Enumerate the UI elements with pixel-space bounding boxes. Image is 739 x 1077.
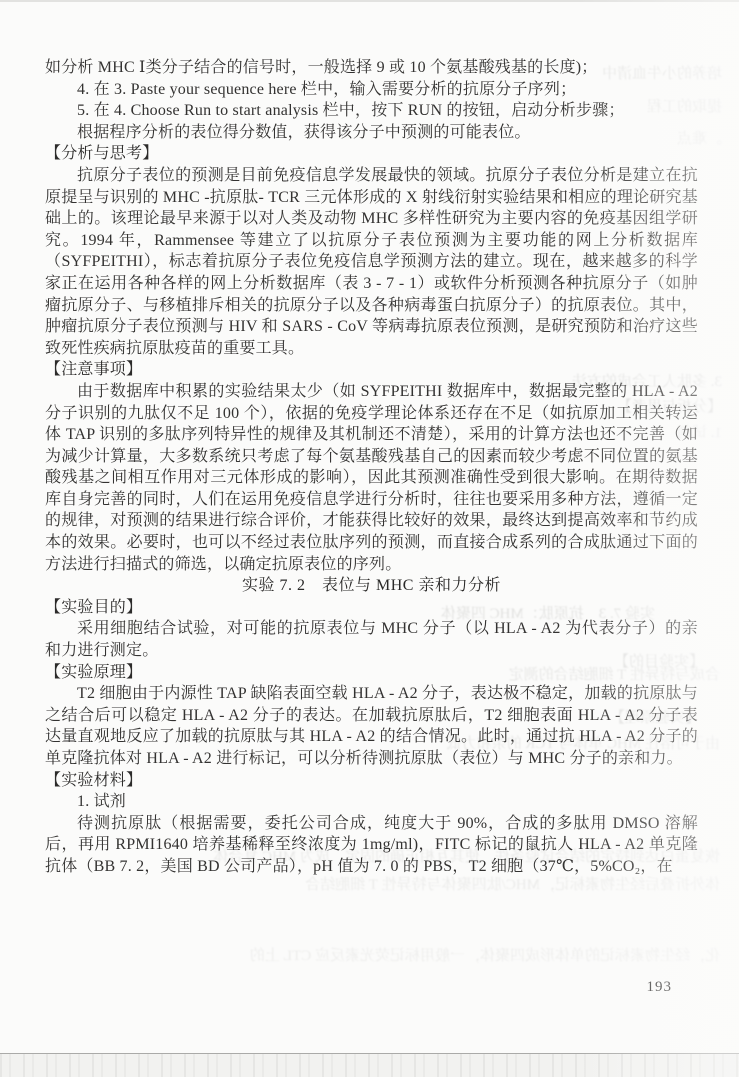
section-header-principle: 【实验原理】	[45, 662, 698, 684]
section-header-analysis: 【分析与思考】	[45, 143, 698, 165]
paragraph-purpose: 采用细胞结合试验，对可能的抗原表位与 MHC 分子（以 HLA - A2 为代表…	[45, 618, 698, 661]
chapter-heading-experiment-7-2: 实验 7. 2 表位与 MHC 亲和力分析	[45, 575, 698, 597]
scan-bottom-edge	[0, 1053, 739, 1077]
section-header-materials: 【实验材料】	[45, 770, 698, 792]
section-header-notes: 【注意事项】	[45, 359, 698, 381]
bleedthrough-artifact: 化，经生物素标记的单体形成四聚体，一般用标记荧光素反应 CTL 上的	[120, 944, 720, 965]
list-item-reagent: 1. 试剂	[45, 791, 698, 813]
paragraph-result: 根据程序分析的表位得分数值，获得该分子中预测的可能表位。	[45, 122, 698, 144]
paragraph-principle: T2 细胞由于内源性 TAP 缺陷表面空载 HLA - A2 分子，表达极不稳定…	[45, 683, 698, 769]
paragraph-reagents: 待测抗原肽（根据需要，委托公司合成，纯度大于 90%，合成的多肽用 DMSO 溶…	[45, 813, 698, 878]
scan-top-edge	[0, 0, 739, 2]
list-item-step5: 5. 在 4. Choose Run to start analysis 栏中，…	[45, 100, 698, 122]
section-header-purpose: 【实验目的】	[45, 597, 698, 619]
scanned-page-text-column: 如分析 MHC Ⅰ类分子结合的信号时，一般选择 9 或 10 个氨基酸残基的长度…	[45, 57, 698, 878]
paragraph-analysis: 抗原分子表位的预测是目前免疫信息学发展最快的领域。抗原分子表位分析是建立在抗原提…	[45, 165, 698, 359]
body-line-continuation: 如分析 MHC Ⅰ类分子结合的信号时，一般选择 9 或 10 个氨基酸残基的长度…	[45, 57, 698, 79]
paragraph-notes: 由于数据库中积累的实验结果太少（如 SYFPEITHI 数据库中，数据最完整的 …	[45, 381, 698, 575]
list-item-step4: 4. 在 3. Paste your sequence here 栏中，输入需要…	[45, 79, 698, 101]
page-number: 193	[647, 979, 673, 996]
